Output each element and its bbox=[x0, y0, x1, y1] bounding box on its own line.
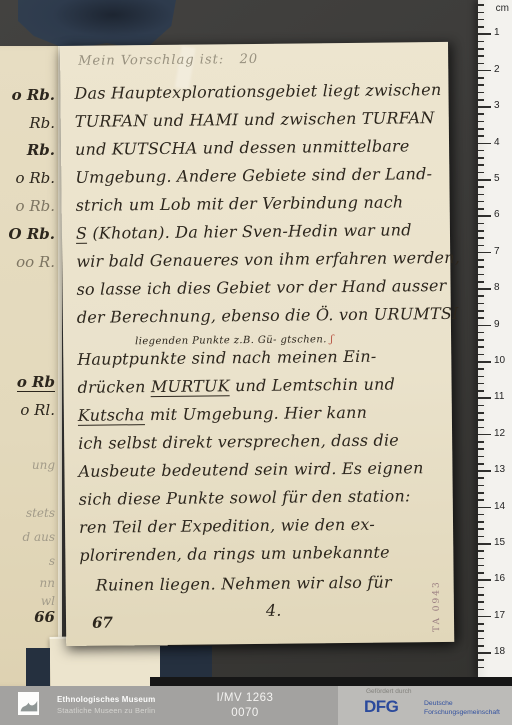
manuscript-line: strich um Lob mit der Verbindung nach bbox=[76, 192, 404, 214]
ruler: cm 123456789101112131415161718 bbox=[478, 0, 512, 678]
ruler-tick-minor bbox=[478, 383, 484, 385]
ruler-tick-minor bbox=[478, 194, 484, 196]
ruler-tick-label: 6 bbox=[494, 209, 500, 220]
ruler-tick-minor bbox=[478, 368, 484, 370]
ruler-tick-label: 17 bbox=[494, 610, 505, 621]
ruler-tick-minor bbox=[478, 157, 484, 159]
ruler-tick-major bbox=[478, 106, 491, 108]
manuscript-line: drücken MURTUK und Lemtschin und bbox=[77, 375, 395, 397]
book-cover-cloth bbox=[18, 0, 176, 50]
ruler-tick-minor bbox=[478, 521, 484, 523]
ruler-tick-major bbox=[478, 179, 491, 181]
margin-fragment: 66 bbox=[34, 608, 55, 626]
ruler-tick-minor bbox=[478, 237, 484, 239]
ruler-tick-major bbox=[478, 70, 491, 72]
manuscript-line: Ruinen liegen. Nehmen wir also für bbox=[96, 573, 392, 595]
ruler-tick-minor bbox=[478, 419, 484, 421]
ruler-tick-minor bbox=[478, 55, 484, 57]
manuscript-line: TURFAN und HAMI und zwischen TURFAN bbox=[75, 108, 435, 131]
manuscript-line: plorirenden, da rings um unbekannte bbox=[79, 543, 390, 565]
margin-fragment: O Rb. bbox=[9, 225, 55, 243]
margin-fragment: oo R. bbox=[16, 253, 55, 271]
manuscript-line: 4. bbox=[266, 601, 282, 620]
margin-fragment: Rb. bbox=[27, 141, 55, 159]
archive-stamp: TA 0943 bbox=[431, 540, 446, 632]
ruler-tick-minor bbox=[478, 48, 484, 50]
ruler-tick-major bbox=[478, 579, 491, 581]
ruler-tick-minor bbox=[478, 405, 484, 407]
ruler-tick-minor bbox=[478, 463, 484, 465]
ruler-tick-minor bbox=[478, 295, 484, 297]
ruler-tick-major bbox=[478, 143, 491, 145]
ruler-tick-minor bbox=[478, 623, 484, 625]
ruler-tick-major bbox=[478, 470, 491, 472]
ruler-tick-minor bbox=[478, 354, 484, 356]
ruler-tick-major bbox=[478, 507, 491, 509]
ruler-tick-minor bbox=[478, 667, 484, 669]
ruler-tick-minor bbox=[478, 630, 484, 632]
ruler-tick-minor bbox=[478, 346, 484, 348]
margin-fragment: Rb. bbox=[29, 114, 55, 132]
ruler-tick-minor bbox=[478, 172, 484, 174]
footer-bar: Ethnologisches Museum Staatliche Museen … bbox=[0, 686, 512, 725]
previous-page-edge: o Rb.Rb.Rb.o Rb.o Rb.O Rb.oo R.o Rbo Rl.… bbox=[0, 46, 62, 686]
ruler-tick-minor bbox=[478, 485, 484, 487]
ruler-tick-label: 1 bbox=[494, 27, 500, 38]
ruler-tick-minor bbox=[478, 135, 484, 137]
ruler-tick-minor bbox=[478, 558, 484, 560]
table-edge-shadow bbox=[150, 677, 512, 686]
ruler-tick-major bbox=[478, 543, 491, 545]
ruler-tick-major bbox=[478, 288, 491, 290]
margin-fragment: nn bbox=[40, 576, 55, 590]
ruler-tick-minor bbox=[478, 281, 484, 283]
pencil-annotation: Mein Vorschlag ist: 20 bbox=[78, 52, 258, 69]
ruler-tick-major bbox=[478, 616, 491, 618]
ruler-tick-minor bbox=[478, 376, 484, 378]
ruler-tick-minor bbox=[478, 303, 484, 305]
digitized-manuscript-photo: o Rb.Rb.Rb.o Rb.o Rb.O Rb.oo R.o Rbo Rl.… bbox=[0, 0, 512, 725]
ruler-tick-minor bbox=[478, 201, 484, 203]
ruler-tick-minor bbox=[478, 208, 484, 210]
ruler-tick-minor bbox=[478, 550, 484, 552]
ruler-tick-minor bbox=[478, 390, 484, 392]
ruler-tick-minor bbox=[478, 41, 484, 43]
ruler-tick-minor bbox=[478, 317, 484, 319]
manuscript-line: ich selbst direkt versprechen, dass die bbox=[78, 430, 399, 452]
ruler-tick-minor bbox=[478, 499, 484, 501]
funder-name-line1: Deutsche bbox=[424, 700, 453, 707]
manuscript-line: S (Khotan). Da hier Sven-Hedin war und bbox=[76, 220, 412, 243]
ruler-tick-minor bbox=[478, 572, 484, 574]
ruler-tick-minor bbox=[478, 245, 484, 247]
ruler-tick-minor bbox=[478, 412, 484, 414]
ruler-tick-minor bbox=[478, 565, 484, 567]
ruler-tick-label: 4 bbox=[494, 137, 500, 148]
ruler-tick-minor bbox=[478, 113, 484, 115]
manuscript-line: und KUTSCHA und dessen unmittelbare bbox=[75, 136, 410, 159]
margin-fragment: wl bbox=[41, 594, 55, 608]
ruler-tick-minor bbox=[478, 259, 484, 261]
ruler-tick-minor bbox=[478, 92, 484, 94]
ruler-unit-label: cm bbox=[496, 3, 509, 14]
ruler-tick-minor bbox=[478, 638, 484, 640]
ruler-tick-minor bbox=[478, 26, 484, 28]
funding-panel: Gefördert durch DFG Deutsche Forschungsg… bbox=[338, 686, 512, 725]
ruler-tick-major bbox=[478, 325, 491, 327]
ruler-tick-minor bbox=[478, 19, 484, 21]
ruler-tick-minor bbox=[478, 448, 484, 450]
dfg-logo: DFG bbox=[364, 697, 398, 717]
margin-fragment: ung bbox=[32, 458, 55, 472]
ruler-tick-minor bbox=[478, 492, 484, 494]
ruler-tick-minor bbox=[478, 594, 484, 596]
ruler-tick-minor bbox=[478, 456, 484, 458]
ruler-tick-minor bbox=[478, 266, 484, 268]
margin-fragment: o Rb. bbox=[16, 169, 55, 187]
ruler-tick-minor bbox=[478, 63, 484, 65]
inventory-number: I/MV 1263 bbox=[170, 692, 320, 704]
manuscript-line: Kutscha mit Umgebung. Hier kann bbox=[78, 403, 367, 425]
ruler-tick-label: 12 bbox=[494, 428, 505, 439]
ruler-tick-minor bbox=[478, 339, 484, 341]
ruler-tick-minor bbox=[478, 274, 484, 276]
manuscript-line: der Berechnung, ebenso die Ö. von URUMTS… bbox=[77, 304, 459, 327]
museum-subtitle: Staatliche Museen zu Berlin bbox=[57, 706, 155, 715]
ruler-tick-minor bbox=[478, 332, 484, 334]
margin-fragment: o Rb. bbox=[12, 86, 55, 104]
ruler-tick-major bbox=[478, 397, 491, 399]
ruler-tick-label: 3 bbox=[494, 100, 500, 111]
ruler-tick-label: 15 bbox=[494, 537, 505, 548]
ruler-tick-major bbox=[478, 434, 491, 436]
manuscript-line: sich diese Punkte sowol für den station: bbox=[79, 486, 411, 508]
manuscript-line: Ausbeute bedeutend sein wird. Es eignen bbox=[78, 458, 423, 481]
ruler-tick-label: 10 bbox=[494, 355, 505, 366]
ruler-tick-minor bbox=[478, 99, 484, 101]
museum-logo-icon bbox=[18, 692, 39, 715]
ruler-tick-label: 8 bbox=[494, 282, 500, 293]
ruler-tick-minor bbox=[478, 587, 484, 589]
book-cover-corner-left bbox=[26, 648, 50, 686]
ruler-tick-label: 14 bbox=[494, 501, 505, 512]
ruler-tick-label: 7 bbox=[494, 246, 500, 257]
ruler-tick-minor bbox=[478, 77, 484, 79]
ruler-tick-label: 2 bbox=[494, 64, 500, 75]
ruler-tick-minor bbox=[478, 441, 484, 443]
margin-fragment: d aus bbox=[22, 530, 55, 544]
scan-number: 0070 bbox=[170, 707, 320, 719]
ruler-tick-minor bbox=[478, 186, 484, 188]
ruler-tick-minor bbox=[478, 645, 484, 647]
ruler-tick-major bbox=[478, 361, 491, 363]
ruler-tick-minor bbox=[478, 514, 484, 516]
ruler-tick-minor bbox=[478, 164, 484, 166]
ruler-tick-label: 18 bbox=[494, 646, 505, 657]
manuscript-line: Umgebung. Andere Gebiete sind der Land- bbox=[75, 164, 432, 187]
ruler-tick-minor bbox=[478, 528, 484, 530]
ruler-tick-major bbox=[478, 652, 491, 654]
ruler-tick-minor bbox=[478, 609, 484, 611]
ruler-tick-label: 11 bbox=[494, 391, 504, 402]
ruler-tick-minor bbox=[478, 4, 484, 6]
margin-fragment: s bbox=[49, 554, 55, 568]
manuscript-line: so lasse ich dies Gebiet vor der Hand au… bbox=[76, 276, 446, 299]
ruler-tick-major bbox=[478, 252, 491, 254]
ruler-tick-label: 16 bbox=[494, 573, 505, 584]
manuscript-line: liegenden Punkte z.B. Gü- gtschen. ʃ bbox=[135, 334, 333, 347]
museum-name: Ethnologisches Museum bbox=[57, 695, 155, 704]
funding-label: Gefördert durch bbox=[366, 688, 412, 695]
ruler-tick-minor bbox=[478, 84, 484, 86]
margin-fragment: o Rb bbox=[17, 373, 55, 392]
ruler-tick-minor bbox=[478, 121, 484, 123]
ruler-tick-minor bbox=[478, 601, 484, 603]
manuscript-line: ren Teil der Expedition, wie den ex- bbox=[79, 515, 375, 537]
ruler-tick-minor bbox=[478, 310, 484, 312]
ruler-tick-label: 5 bbox=[494, 173, 500, 184]
ruler-tick-major bbox=[478, 215, 491, 217]
ruler-tick-minor bbox=[478, 427, 484, 429]
manuscript-line: Hauptpunkte sind nach meinen Ein- bbox=[77, 347, 376, 369]
ruler-tick-label: 13 bbox=[494, 464, 505, 475]
margin-fragment: o Rl. bbox=[20, 401, 55, 419]
ruler-tick-minor bbox=[478, 477, 484, 479]
ruler-tick-minor bbox=[478, 128, 484, 130]
ruler-tick-minor bbox=[478, 230, 484, 232]
margin-fragment: stets bbox=[26, 506, 55, 520]
ruler-tick-major bbox=[478, 33, 491, 35]
ruler-tick-minor bbox=[478, 659, 484, 661]
manuscript-line: wir bald Genaueres von ihm erfahren werd… bbox=[76, 248, 460, 271]
ruler-tick-minor bbox=[478, 12, 484, 14]
ruler-tick-label: 9 bbox=[494, 319, 500, 330]
funder-name-line2: Forschungsgemeinschaft bbox=[424, 709, 500, 716]
margin-fragment: o Rb. bbox=[16, 197, 55, 215]
page-number: 67 bbox=[92, 613, 113, 631]
ruler-tick-minor bbox=[478, 223, 484, 225]
manuscript-line: Das Hauptexplorationsgebiet liegt zwisch… bbox=[74, 80, 441, 103]
ruler-tick-minor bbox=[478, 536, 484, 538]
ruler-tick-minor bbox=[478, 150, 484, 152]
manuscript-page: Mein Vorschlag ist: 20 Das Hauptexplorat… bbox=[60, 42, 454, 646]
